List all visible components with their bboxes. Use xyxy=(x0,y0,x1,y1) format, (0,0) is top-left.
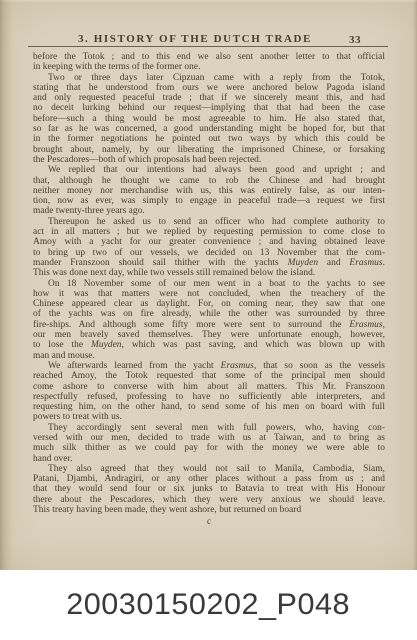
text-line: there about the Pescadores, which they w… xyxy=(33,495,385,505)
text-line: fire-ships. And although some fifty more… xyxy=(33,320,385,330)
text-line: to lose the Muyden, which was past savin… xyxy=(33,340,385,350)
page-header: 3. HISTORY OF THE DUTCH TRADE 33 xyxy=(33,33,387,46)
text-line: so far as he was concerned, a good under… xyxy=(33,124,385,134)
text-line: stating that he understood from ours we … xyxy=(33,83,385,93)
text-line: much silk thither as we could pay for wi… xyxy=(33,443,385,453)
text-line: Amoy with a yacht for our greater conven… xyxy=(33,237,385,247)
text-line: how it was that matters were not conclud… xyxy=(33,289,385,299)
text-line: in keeping with the terms of the former … xyxy=(33,62,385,72)
text-line: On 18 November some of our men went in a… xyxy=(33,279,385,289)
text-line: mander Franszoon should sail thither wit… xyxy=(33,258,385,268)
text-line: our men bravely saved themselves. They w… xyxy=(33,330,385,340)
text-line: powers to treat with us. xyxy=(33,412,385,422)
page-body: before the Totok ; and to this end we al… xyxy=(33,52,385,527)
header-rule xyxy=(28,46,388,47)
text-line: hand over. xyxy=(33,454,385,464)
text-line: before—such a thing would be most agreea… xyxy=(33,114,385,124)
text-line: come ashore to converse with him about a… xyxy=(33,382,385,392)
book-page-scan: 3. HISTORY OF THE DUTCH TRADE 33 before … xyxy=(0,0,417,570)
signature-mark: c xyxy=(33,516,385,527)
page-number: 33 xyxy=(349,34,361,46)
text-line: Thereupon he asked us to send an officer… xyxy=(33,217,385,227)
text-line: tion, now as ever, was simply to engage … xyxy=(33,196,385,206)
text-line: that, although he thought we came to rob… xyxy=(33,176,385,186)
text-line: They accordingly sent several men with f… xyxy=(33,423,385,433)
text-line: and only requested peaceful trade ; that… xyxy=(33,93,385,103)
text-line: versed with our men, decided to trade wi… xyxy=(33,433,385,443)
text-line: We replied that our intentions had alway… xyxy=(33,165,385,175)
text-line: We afterwards learned from the yacht Era… xyxy=(33,361,385,371)
text-line: brought about, namely, by our liberating… xyxy=(33,145,385,155)
text-line: Two or three days later Cipzuan came wit… xyxy=(33,73,385,83)
text-line: This was done next day, while two vessel… xyxy=(33,268,385,278)
text-line: before the Totok ; and to this end we al… xyxy=(33,52,385,62)
text-line: no deceit lurking behind our request—imp… xyxy=(33,103,385,113)
chapter-title: 3. HISTORY OF THE DUTCH TRADE xyxy=(33,33,387,45)
text-line: respectfully refused, professing to have… xyxy=(33,392,385,402)
text-line: the Pescadores—both of which proposals h… xyxy=(33,155,385,165)
text-line: made twenty-three years ago. xyxy=(33,206,385,216)
text-line: This treaty having been made, they went … xyxy=(33,505,385,515)
scan-id-label: 20030150202_P048 xyxy=(67,588,351,622)
text-line: requesting him, on the other hand, to se… xyxy=(33,402,385,412)
text-line: man and mouse. xyxy=(33,351,385,361)
text-line: of the yachts was on fire already, while… xyxy=(33,309,385,319)
text-line: act in all matters ; but we replied by r… xyxy=(33,227,385,237)
text-line: They also agreed that they would not sai… xyxy=(33,464,385,474)
text-line: Chinese appeared clear as daylight. For,… xyxy=(33,299,385,309)
text-line: that they would send four or six junks t… xyxy=(33,484,385,494)
scan-id-label-bar: 20030150202_P048 xyxy=(0,570,417,640)
text-line: Patani, Djambi, Andragiri, or any other … xyxy=(33,474,385,484)
text-line: reached Amoy, the Totok requested that s… xyxy=(33,371,385,381)
text-line: neither money nor merchandise with us, t… xyxy=(33,186,385,196)
text-line: in the former negotiations he pointed ou… xyxy=(33,134,385,144)
text-line: to bring up two of our vessels, we decid… xyxy=(33,248,385,258)
